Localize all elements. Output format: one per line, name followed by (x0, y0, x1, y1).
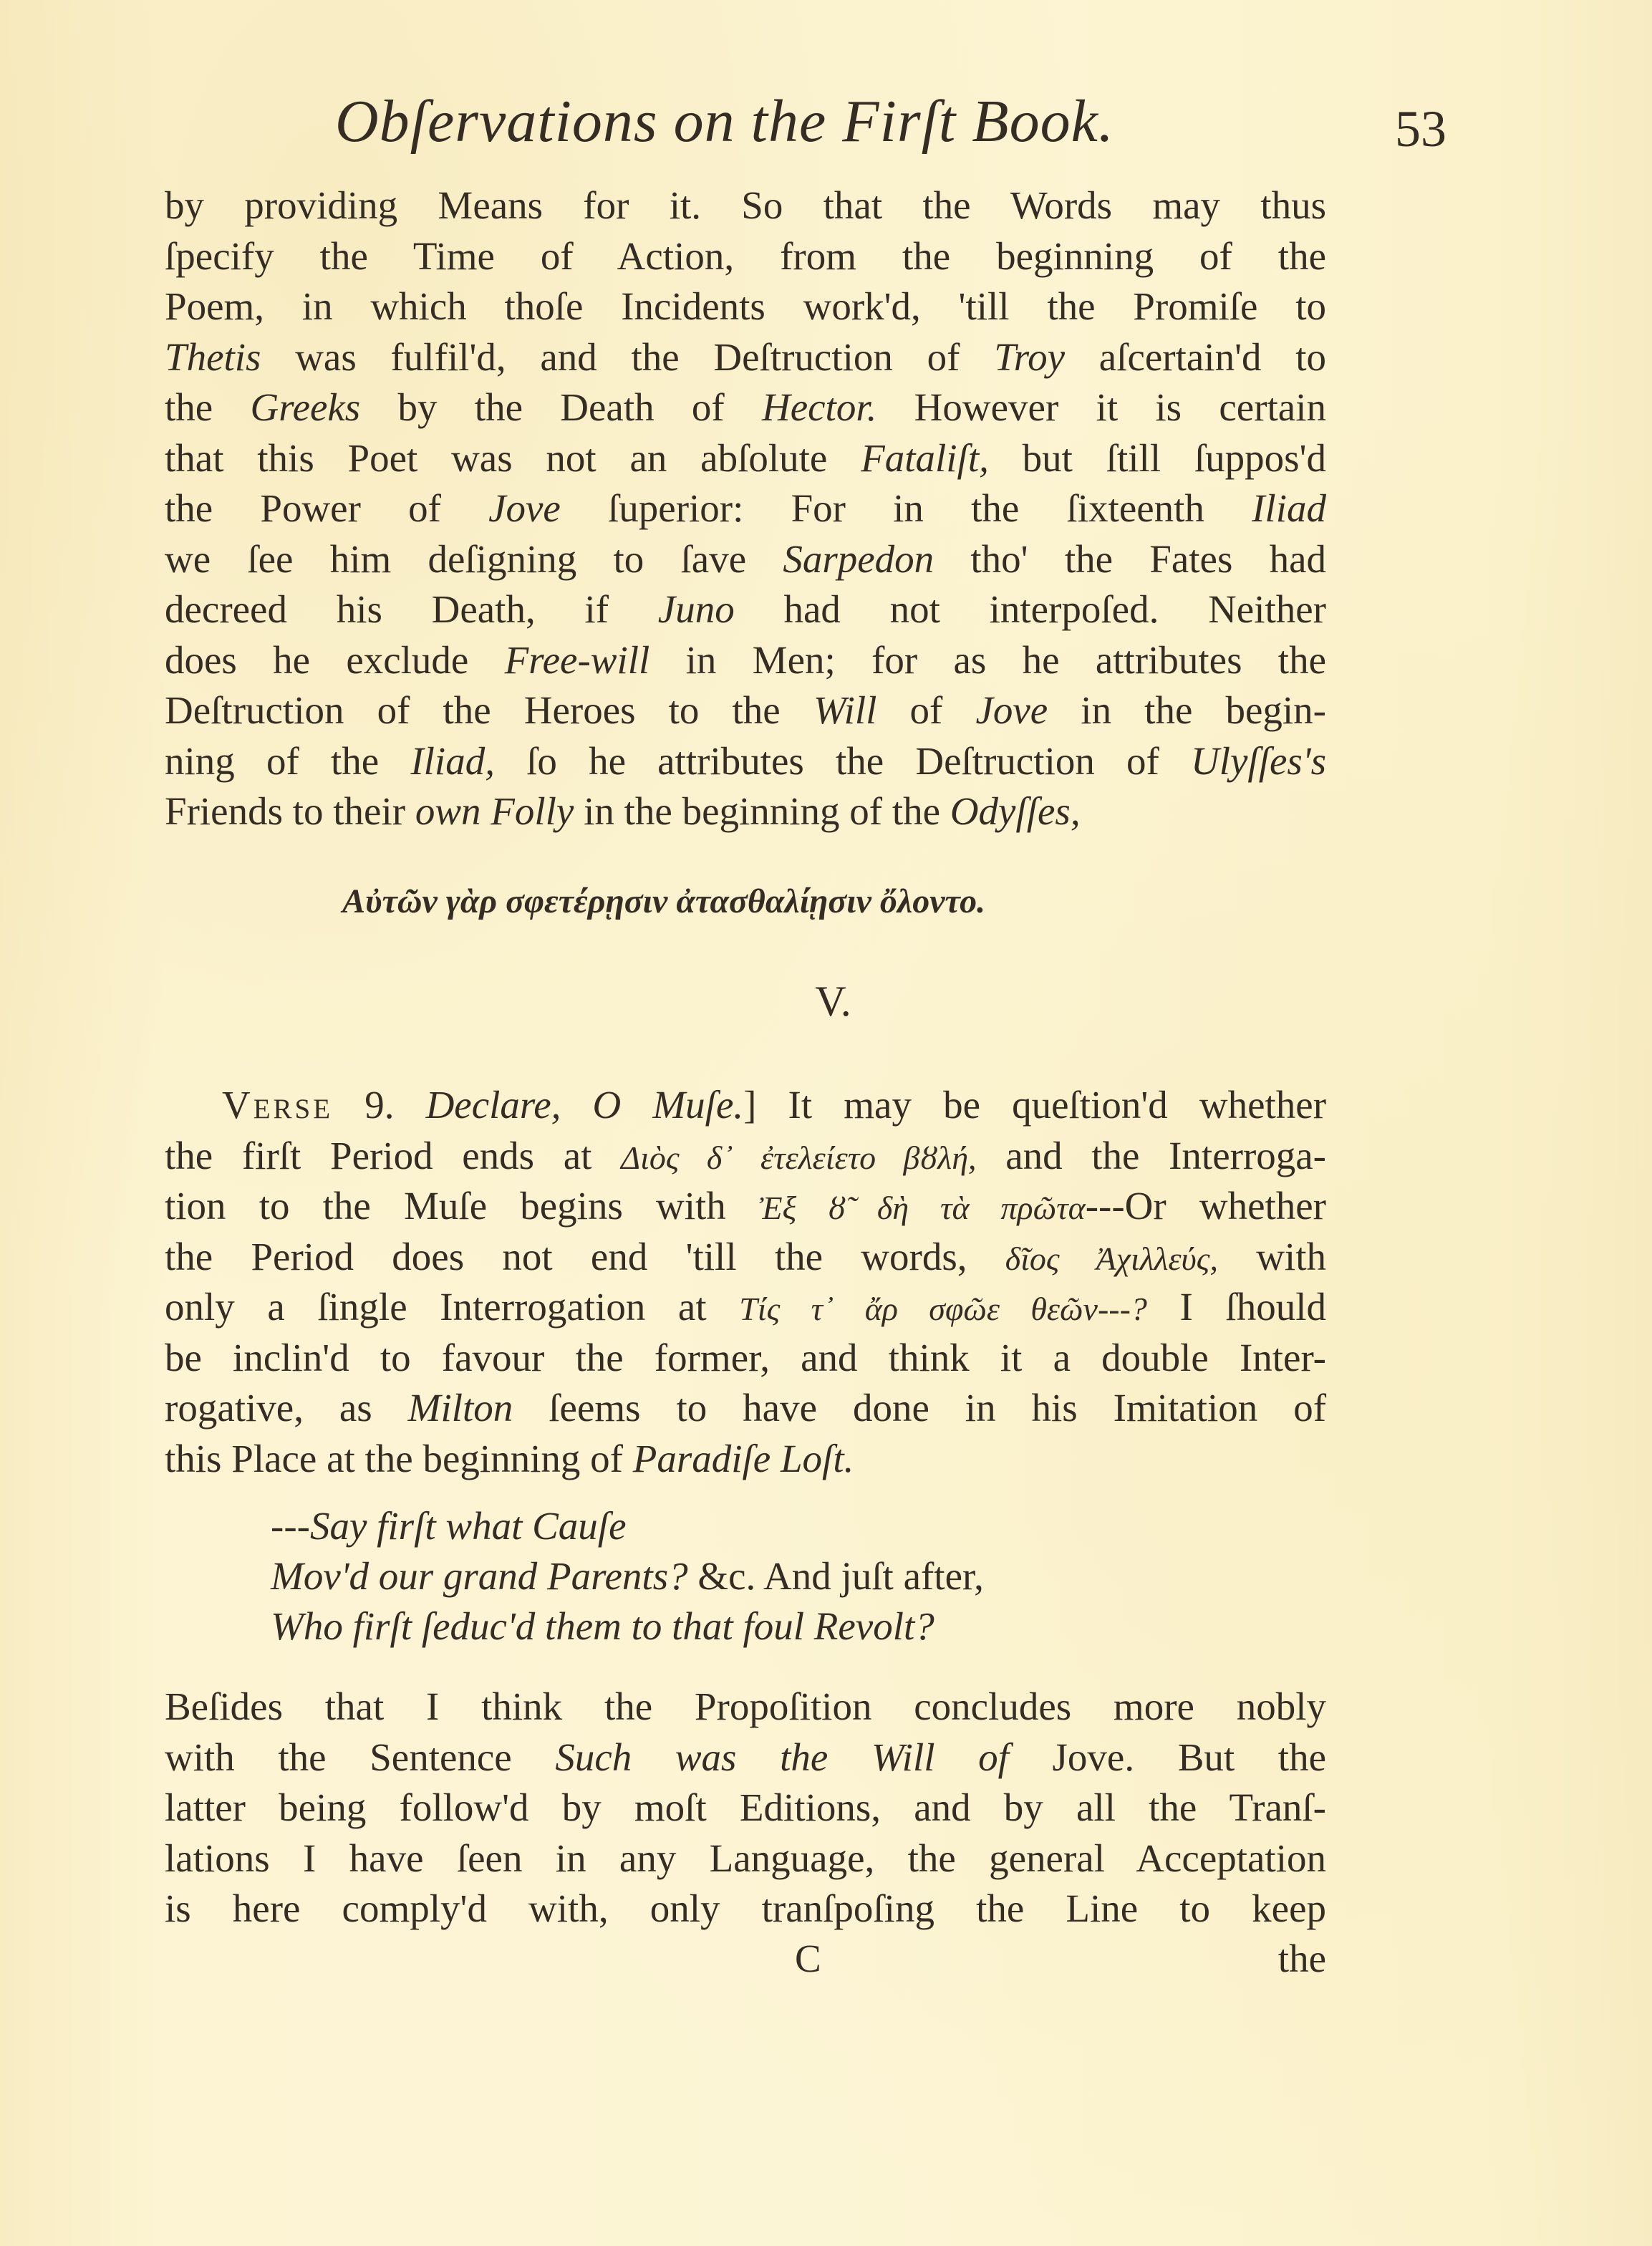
text-run: Poem, in which thoſe Incidents work'd, '… (165, 284, 1326, 328)
text-line: only a ſingle Interrogation at Τίς τ᾽ ἄρ… (165, 1282, 1326, 1333)
text-line: that this Poet was not an abſolute Fatal… (165, 433, 1326, 484)
text-line: with the Sentence Such was the Will of J… (165, 1732, 1326, 1783)
italic-text: Greeks (250, 385, 360, 429)
verse-line-2-roman: &c. And juſt after, (697, 1554, 984, 1598)
text-run: with (1218, 1235, 1326, 1278)
text-run: is here comply'd with, only tranſpoſing … (165, 1886, 1326, 1930)
text-run: aſcertain'd to (1065, 335, 1326, 379)
text-line: lations I have ſeen in any Language, the… (165, 1833, 1326, 1884)
catchword: the (1278, 1934, 1326, 1984)
text-run: ning of the (165, 739, 410, 783)
paragraph-2: Verse 9. Declare, O Muſe.] It may be que… (165, 1080, 1326, 1484)
text-line: Beſides that I think the Propoſition con… (165, 1682, 1326, 1732)
italic-text: Paradiſe Loſt. (633, 1437, 854, 1480)
greek-text: Ἐξ ȣ̃ δὴ τὰ πρῶτα (759, 1190, 1086, 1226)
text-run: but ſtill ſuppos'd (989, 436, 1326, 480)
italic-text: Iliad (1252, 486, 1326, 530)
text-line: Thetis was fulfil'd, and the Deſtruction… (165, 332, 1326, 383)
italic-text: Jove (975, 688, 1048, 732)
text-run: latter being follow'd by moſt Editions, … (165, 1785, 1326, 1829)
section-number: V. (0, 980, 1652, 1023)
italic-text: Fataliſt, (861, 436, 989, 480)
text-run: I ſhould (1147, 1285, 1326, 1329)
italic-text: Will (813, 688, 877, 732)
text-run: only a ſingle Interrogation at (165, 1285, 739, 1329)
verse-line-1: ---Say firſt what Cauſe (271, 1501, 626, 1551)
text-run: 9. (333, 1083, 425, 1127)
text-line: by providing Means for it. So that the W… (165, 180, 1326, 231)
page-footer: C the (165, 1934, 1326, 1984)
text-run: be inclin'd to favour the former, and th… (165, 1336, 1326, 1379)
text-run: ſuperior: For in the ſixteenth (561, 486, 1252, 530)
text-line: Verse 9. Declare, O Muſe.] It may be que… (165, 1080, 1326, 1131)
italic-text: Declare, O Muſe. (426, 1083, 744, 1127)
book-page: Obſervations on the Firſt Book. 53 by pr… (0, 0, 1652, 2246)
page-number: 53 (1395, 103, 1446, 155)
text-run: Friends to their (165, 789, 415, 833)
italic-text: Jove (488, 486, 561, 530)
italic-text: own Folly (415, 789, 574, 833)
italic-text: Such was the Will of (555, 1735, 1009, 1779)
text-run: ſo he attributes the Deſtruction of (495, 739, 1191, 783)
text-run: However it is certain (876, 385, 1326, 429)
text-run: was fulfil'd, and the Deſtruction of (261, 335, 994, 379)
text-run: ſpecify the Time of Action, from the beg… (165, 234, 1326, 278)
text-line: be inclin'd to favour the former, and th… (165, 1333, 1326, 1384)
text-line: we ſee him deſigning to ſave Sarpedon th… (165, 534, 1326, 585)
italic-text: Odyſſes, (950, 789, 1081, 833)
italic-text: Sarpedon (783, 537, 934, 581)
text-line: the firſt Period ends at Διὸς δ᾽ ἐτελείε… (165, 1131, 1326, 1182)
text-line: the Period does not end 'till the words,… (165, 1232, 1326, 1283)
text-line: the Power of Jove ſuperior: For in the ſ… (165, 483, 1326, 534)
text-run: decreed his Death, if (165, 587, 658, 631)
signature-mark: C (795, 1934, 821, 1984)
text-run: in the begin- (1048, 688, 1326, 732)
text-line: ning of the Iliad, ſo he attributes the … (165, 736, 1326, 787)
verse-line-2-italic: Mov'd our grand Parents? (271, 1554, 697, 1598)
text-run: this Place at the beginning of (165, 1437, 633, 1480)
italic-text: Juno (658, 587, 735, 631)
italic-text: Hector. (762, 385, 876, 429)
text-line: the Greeks by the Death of Hector. Howev… (165, 382, 1326, 433)
text-run: by providing Means for it. So that the W… (165, 183, 1326, 227)
greek-quotation: Αὐτῶν γὰρ σφετέρῃσιν ἀτασθαλίῃσιν ὄλοντο… (342, 885, 985, 919)
text-line: tion to the Muſe begins with Ἐξ ȣ̃ δὴ τὰ… (165, 1181, 1326, 1232)
greek-text: Τίς τ᾽ ἄρ σφῶε θεῶν---? (739, 1291, 1147, 1327)
text-run: and the Interroga- (977, 1134, 1326, 1177)
text-run: the Power of (165, 486, 488, 530)
text-line: this Place at the beginning of Paradiſe … (165, 1434, 1326, 1485)
verse-line-2: Mov'd our grand Parents? &c. And juſt af… (271, 1551, 984, 1601)
text-run: we ſee him deſigning to ſave (165, 537, 783, 581)
text-line: Friends to their own Folly in the beginn… (165, 786, 1326, 837)
text-run: in Men; for as he attributes the (649, 638, 1326, 682)
text-line: decreed his Death, if Juno had not inter… (165, 584, 1326, 635)
text-run: tho' the Fates had (934, 537, 1326, 581)
text-run: that this Poet was not an abſolute (165, 436, 861, 480)
text-line: latter being follow'd by moſt Editions, … (165, 1783, 1326, 1833)
verse-line-3: Who firſt ſeduc'd them to that foul Revo… (271, 1601, 934, 1652)
text-line: rogative, as Milton ſeems to have done i… (165, 1383, 1326, 1434)
text-line: ſpecify the Time of Action, from the beg… (165, 231, 1326, 282)
text-run: lations I have ſeen in any Language, the… (165, 1836, 1326, 1880)
text-run: ] It may be queſtion'd whether (743, 1083, 1326, 1127)
text-run: tion to the Muſe begins with (165, 1184, 759, 1228)
text-run: by the Death of (360, 385, 762, 429)
running-title: Obſervations on the Firſt Book. (335, 92, 1114, 152)
text-run: of (876, 688, 975, 732)
italic-text: Ulyſſes's (1191, 739, 1326, 783)
text-run: rogative, as (165, 1386, 408, 1430)
greek-text: Διὸς δ᾽ ἐτελείετο βȣλή, (621, 1139, 976, 1176)
text-line: does he exclude Free-will in Men; for as… (165, 635, 1326, 686)
text-run: had not interpoſed. Neither (735, 587, 1326, 631)
italic-text: Milton (408, 1386, 513, 1430)
text-run: ---Or whether (1086, 1184, 1326, 1228)
text-run: Deſtruction of the Heroes to the (165, 688, 813, 732)
text-run: the (165, 385, 250, 429)
italic-text: Thetis (165, 335, 261, 379)
text-run: Beſides that I think the Propoſition con… (165, 1684, 1326, 1728)
paragraph-1: by providing Means for it. So that the W… (165, 180, 1326, 837)
text-run: the firſt Period ends at (165, 1134, 621, 1177)
text-run: ſeems to have done in his Imitation of (513, 1386, 1326, 1430)
italic-text: Iliad, (410, 739, 495, 783)
text-run: in the beginning of the (574, 789, 950, 833)
paragraph-3: Beſides that I think the Propoſition con… (165, 1682, 1326, 1934)
text-line: Poem, in which thoſe Incidents work'd, '… (165, 281, 1326, 332)
small-caps-text: Verse (222, 1083, 333, 1127)
text-run: the Period does not end 'till the words, (165, 1235, 1005, 1278)
text-line: is here comply'd with, only tranſpoſing … (165, 1884, 1326, 1934)
text-line: Deſtruction of the Heroes to the Will of… (165, 685, 1326, 736)
italic-text: Troy (994, 335, 1065, 379)
text-run: with the Sentence (165, 1735, 555, 1779)
text-run: does he exclude (165, 638, 505, 682)
italic-text: Free-will (505, 638, 650, 682)
greek-text: δῖος Ἀχιλλεύς, (1005, 1240, 1218, 1277)
text-run: Jove. But the (1009, 1735, 1326, 1779)
